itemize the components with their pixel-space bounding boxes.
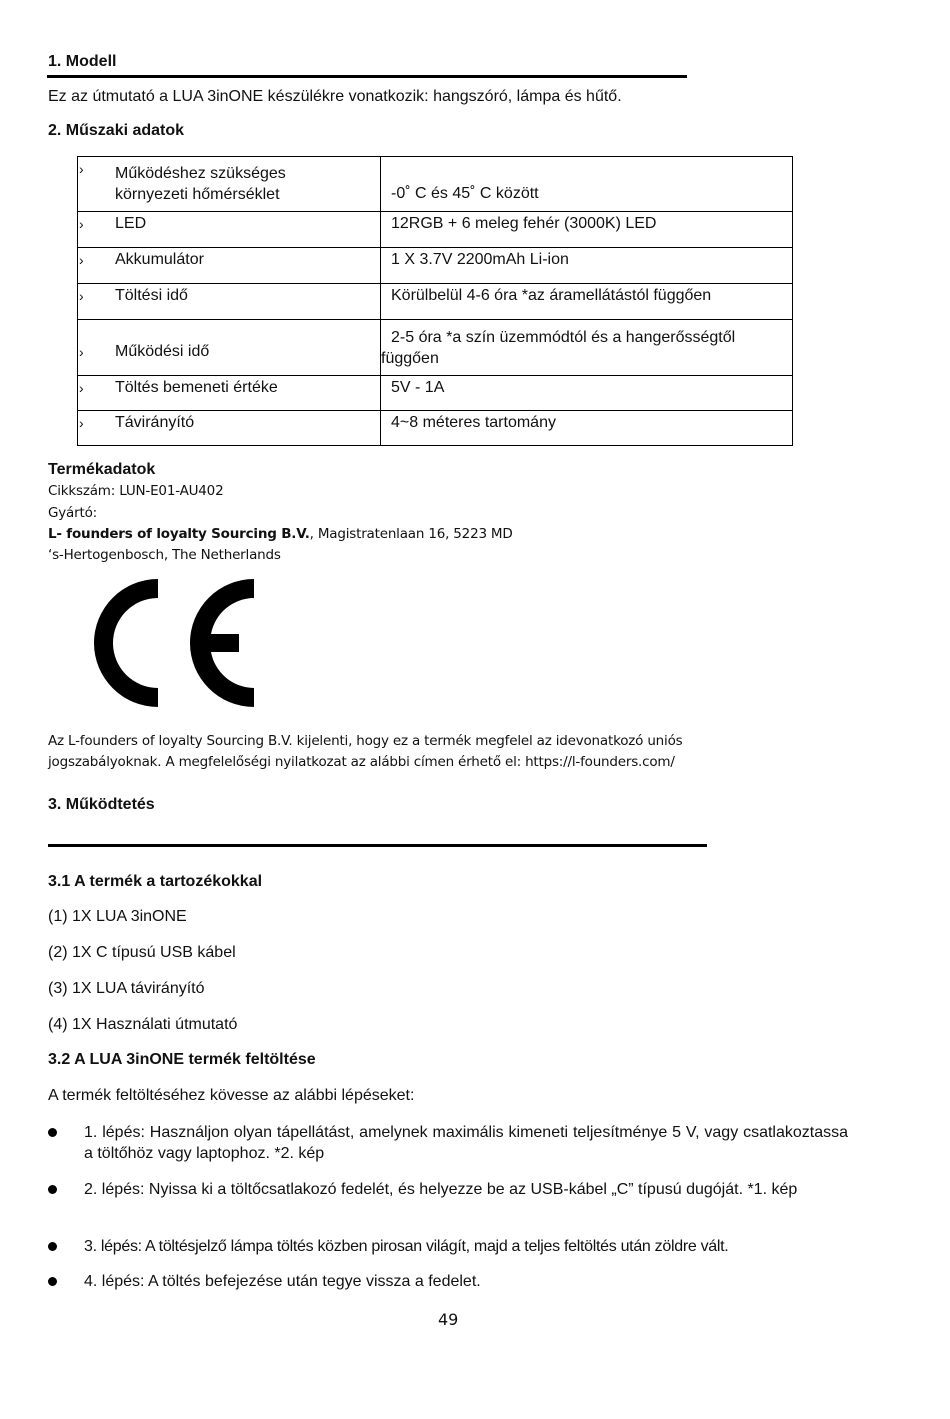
bullet-icon [48, 1242, 57, 1251]
accessory-item-3: (3) 1X LUA távirányító [48, 980, 205, 998]
step-text: 4. lépés: A töltés befejezése után tegye… [84, 1271, 848, 1292]
chevron-right-icon: › [79, 288, 84, 304]
subsection-3-1-title: 3.1 A termék a tartozékokkal [48, 873, 262, 891]
step-text: 1. lépés: Használjon olyan tápellátást, … [84, 1122, 848, 1164]
section-3-rule [48, 844, 707, 847]
declaration-line-1: Az L-founders of loyalty Sourcing B.V. k… [48, 733, 682, 749]
bullet-icon [48, 1128, 57, 1137]
spec-value: -0˚ C és 45˚ C között [391, 164, 792, 204]
product-data-title: Termékadatok [48, 461, 155, 479]
manufacturer-label: Gyártó: [48, 505, 97, 521]
chevron-right-icon: › [79, 344, 84, 360]
spec-value: 5V - 1A [391, 377, 792, 398]
charging-step-3: 3. lépés: A töltésjelző lámpa töltés köz… [48, 1236, 848, 1257]
spec-row-operating-time: › Működési idő 2-5 óra *a szín üzemmódtó… [78, 320, 793, 376]
bullet-icon [48, 1277, 57, 1286]
section-3-title: 3. Működtetés [48, 796, 155, 814]
manufacturer-line: L- founders of loyalty Sourcing B.V., Ma… [48, 526, 513, 542]
section-1-title: 1. Modell [48, 53, 116, 71]
chevron-right-icon: › [79, 415, 84, 431]
spec-label: LED [78, 213, 380, 234]
charging-intro: A termék feltöltéséhez kövesse az alábbi… [48, 1087, 414, 1105]
accessory-item-1: (1) 1X LUA 3inONE [48, 908, 187, 926]
subsection-3-2-title: 3.2 A LUA 3inONE termék feltöltése [48, 1051, 316, 1069]
spec-table: › Működéshez szükséges környezeti hőmérs… [77, 156, 793, 446]
step-text: 3. lépés: A töltésjelző lámpa töltés köz… [84, 1236, 848, 1257]
spec-label: Működéshez szükséges [78, 163, 380, 184]
spec-value: Körülbelül 4-6 óra *az áramellátástól fü… [391, 285, 792, 306]
bullet-icon [48, 1185, 57, 1194]
spec-row-led: › LED 12RGB + 6 meleg fehér (3000K) LED [78, 212, 793, 248]
step-text: 2. lépés: Nyissa ki a töltőcsatlakozó fe… [84, 1179, 848, 1200]
section-1-rule [47, 75, 687, 78]
spec-value: 1 X 3.7V 2200mAh Li-ion [391, 249, 792, 270]
spec-label: Töltés bemeneti értéke [78, 377, 380, 398]
manufacturer-name: L- founders of loyalty Sourcing B.V. [48, 526, 310, 542]
spec-label: Távirányító [78, 412, 380, 433]
ce-mark-icon [72, 576, 262, 717]
charging-step-1: 1. lépés: Használjon olyan tápellátást, … [48, 1122, 848, 1164]
manufacturer-city: ‘s-Hertogenbosch, The Netherlands [48, 547, 281, 563]
chevron-right-icon: › [79, 380, 84, 396]
spec-label: Működési idő [78, 341, 380, 362]
accessory-item-4: (4) 1X Használati útmutató [48, 1016, 237, 1034]
spec-row-input: › Töltés bemeneti értéke 5V - 1A [78, 376, 793, 411]
chevron-right-icon: › [79, 252, 84, 268]
accessory-item-2: (2) 1X C típusú USB kábel [48, 944, 236, 962]
chevron-right-icon: › [79, 161, 84, 177]
chevron-right-icon: › [79, 216, 84, 232]
section-1-text: Ez az útmutató a LUA 3inONE készülékre v… [48, 88, 622, 106]
spec-value-cont: függően [381, 348, 792, 369]
section-2-title: 2. Műszaki adatok [48, 122, 184, 140]
spec-row-charge-time: › Töltési idő Körülbelül 4-6 óra *az ára… [78, 284, 793, 320]
spec-value: 4~8 méteres tartomány [391, 412, 792, 433]
spec-label: környezeti hőmérséklet [78, 184, 380, 205]
page-number: 49 [438, 1310, 458, 1329]
spec-row-battery: › Akkumulátor 1 X 3.7V 2200mAh Li-ion [78, 248, 793, 284]
article-number: Cikkszám: LUN-E01-AU402 [48, 483, 223, 499]
manufacturer-address: , Magistratenlaan 16, 5223 MD [310, 526, 513, 542]
spec-label: Töltési idő [78, 285, 380, 306]
spec-label: Akkumulátor [78, 249, 380, 270]
declaration-line-2: jogszabályoknak. A megfelelőségi nyilatk… [48, 754, 675, 770]
spec-row-temperature: › Működéshez szükséges környezeti hőmérs… [78, 157, 793, 212]
spec-value: 12RGB + 6 meleg fehér (3000K) LED [391, 213, 792, 234]
charging-step-4: 4. lépés: A töltés befejezése után tegye… [48, 1271, 848, 1292]
spec-value: 2-5 óra *a szín üzemmódtól és a hangerős… [381, 327, 792, 348]
charging-step-2: 2. lépés: Nyissa ki a töltőcsatlakozó fe… [48, 1179, 848, 1200]
spec-row-remote: › Távirányító 4~8 méteres tartomány [78, 411, 793, 446]
